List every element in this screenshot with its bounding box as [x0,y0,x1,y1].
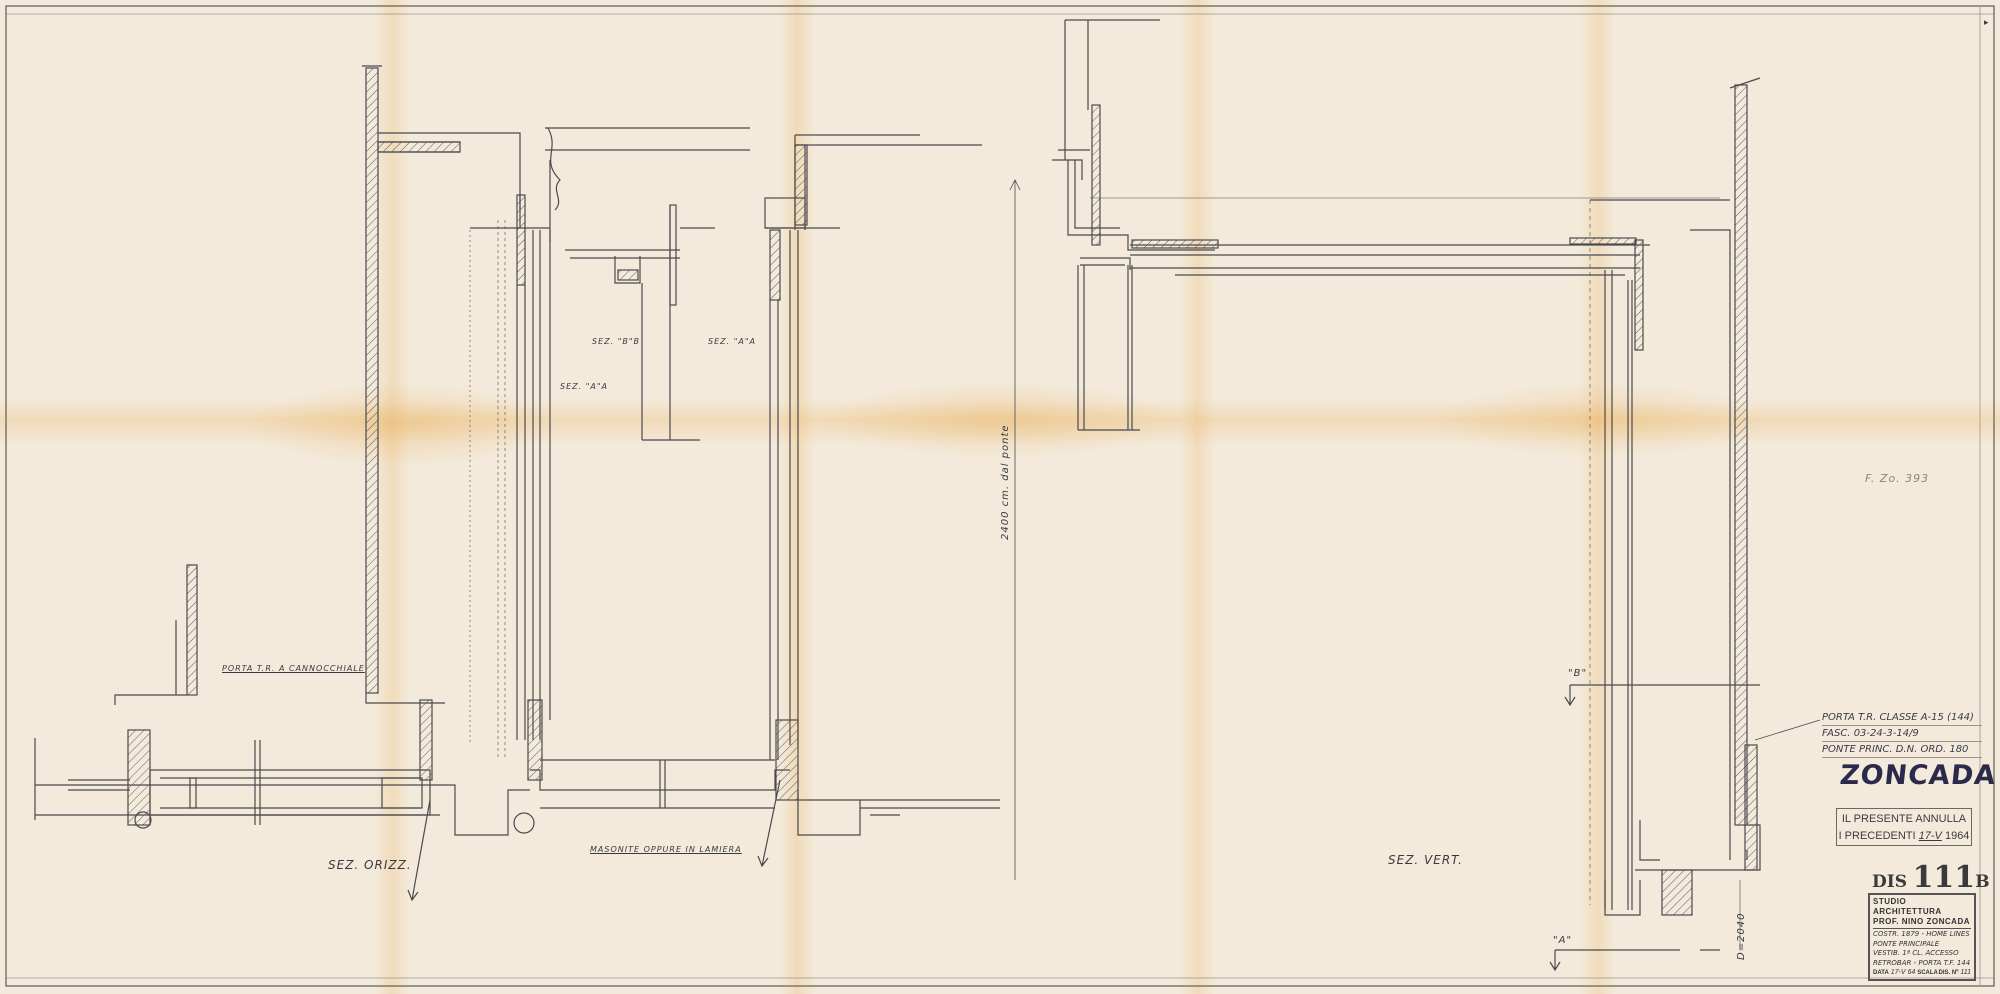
note-line-3: PONTE PRINC. D.N. ORD. 180 [1822,742,1982,758]
studio-name: STUDIO ARCHITETTURA [1873,897,1971,917]
drawing-sheet: SEZ. ORIZZ. SEZ. VERT. SEZ. "B"B SEZ. "A… [0,0,2000,994]
section-marker-b: "B" [1568,668,1587,679]
description-line-4: RETROBAR - PORTA T.F. 144 [1873,959,1971,969]
note-porta-cannocchiale: PORTA T.R. A CANNOCCHIALE [222,664,365,673]
note-masonite: MASONITE OPPURE IN LAMIERA [590,845,742,854]
section-ref-aa-left: SEZ. "A"A [560,382,608,391]
description-line-2: PONTE PRINCIPALE [1873,940,1971,950]
annulment-line-1: IL PRESENTE ANNULLA [1837,811,1971,828]
section-label-horizontal: SEZ. ORIZZ. [328,858,412,872]
description-line-1: COSTR. 1879 - HOME LINES [1873,930,1971,940]
note-line-1: PORTA T.R. CLASSE A-15 (144) [1822,710,1982,726]
studio-principal: PROF. NINO ZONCADA [1873,917,1971,927]
title-block-footer: DATA 17-V 64 SCALA DIS. Nº 111 [1873,969,1971,976]
section-marker-a: "A" [1553,935,1572,946]
note-line-2: FASC. 03-24-3-14/9 [1822,726,1982,742]
drawing-date: 17-V 64 [1891,969,1916,976]
drawing-number: DIS 111B [1872,860,1990,895]
corner-mark: ▸ [1984,18,1990,28]
section-ref-aa-right: SEZ. "A"A [708,337,756,346]
archive-reference: F. Zo. 393 [1865,472,1929,485]
section-ref-bb: SEZ. "B"B [592,337,640,346]
height-dimension: 2400 cm. dal ponte [1000,424,1011,540]
annulment-stamp: IL PRESENTE ANNULLA I PRECEDENTI 17-V 19… [1836,808,1972,846]
annulment-date: 17-V [1919,830,1942,842]
drawing-no-value: 111 [1960,969,1971,976]
brand-logo: ZONCADA [1838,760,1981,791]
depth-dimension: D=2040 [1736,912,1747,960]
annulment-year: 1964 [1945,830,1969,842]
door-spec-notes: PORTA T.R. CLASSE A-15 (144) FASC. 03-24… [1822,710,1982,758]
title-block: STUDIO ARCHITETTURA PROF. NINO ZONCADA C… [1868,893,1976,981]
description-line-3: VESTIB. 1ª CL. ACCESSO [1873,949,1971,959]
annulment-line-2: I PRECEDENTI 17-V 1964 [1837,828,1971,845]
section-label-vertical: SEZ. VERT. [1388,853,1463,867]
